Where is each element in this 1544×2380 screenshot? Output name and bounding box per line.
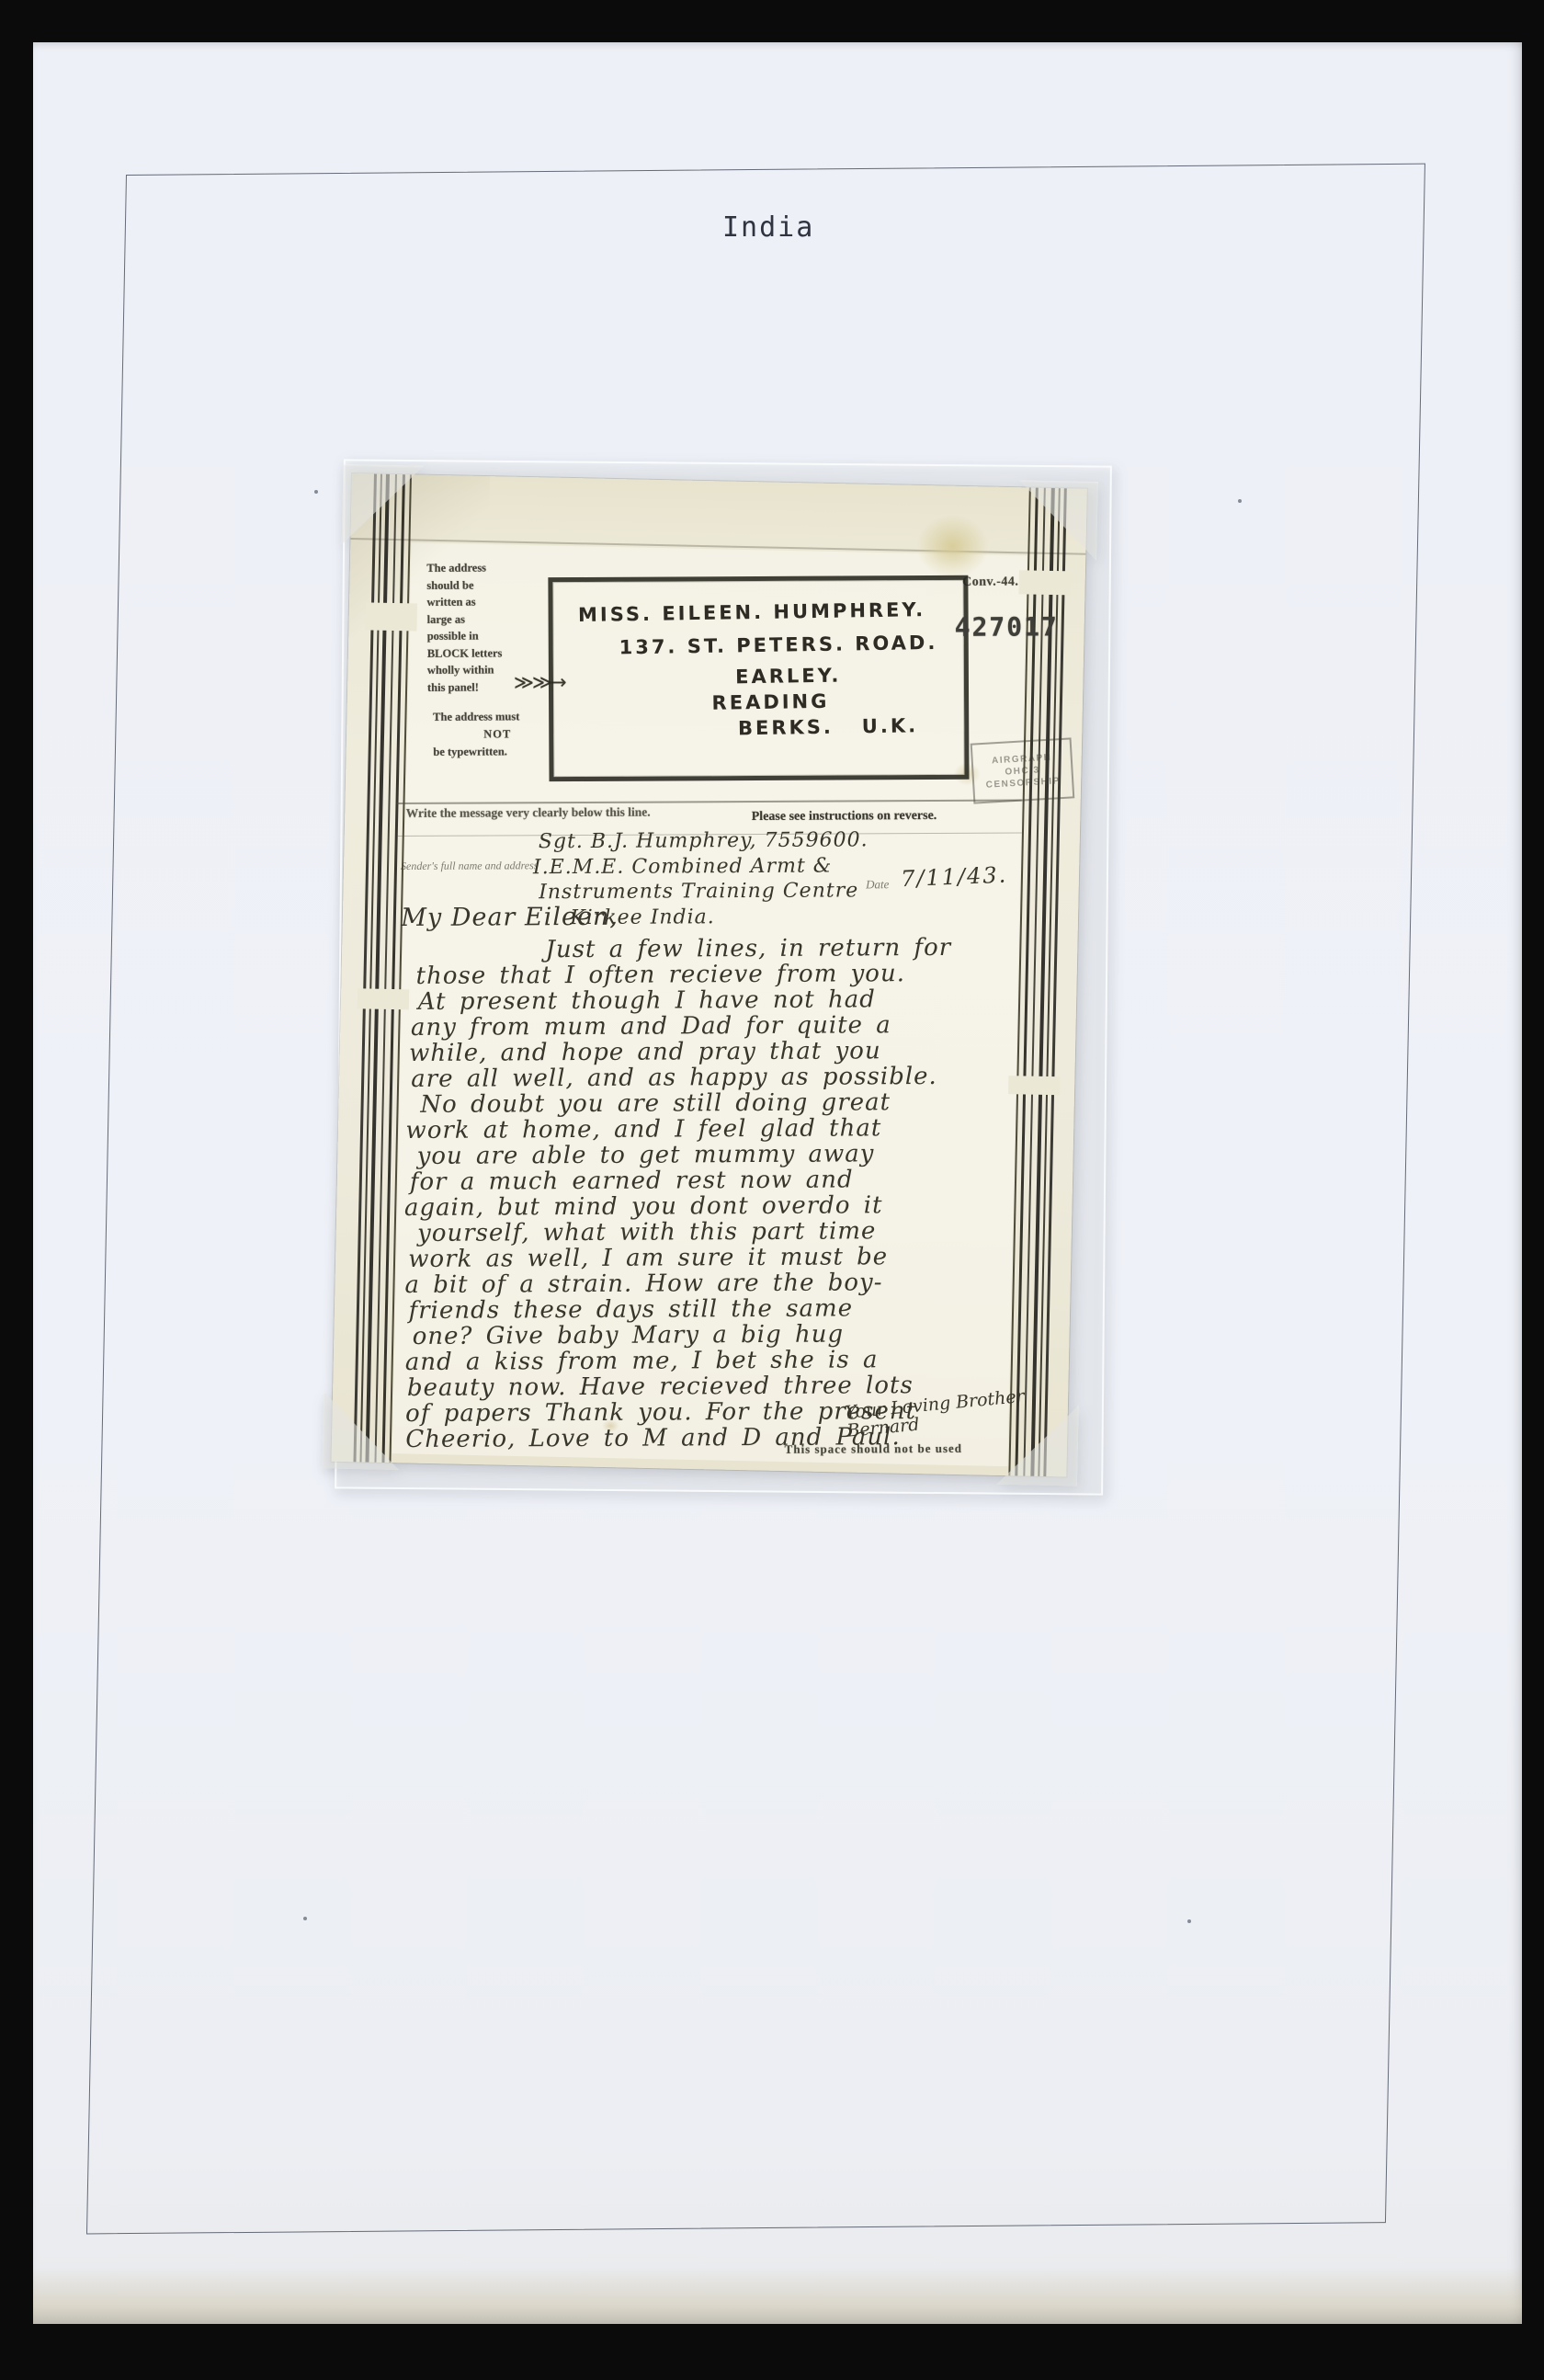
airgraph-content: The addressshould bewritten aslarge aspo…: [340, 479, 1081, 1471]
address-note: The address mustNOTbe typewritten.: [433, 708, 562, 761]
handwritten-line: friends these days still the same: [408, 1294, 1039, 1324]
handwritten-line: while, and hope and pray that you: [409, 1037, 1038, 1066]
address-line: MISS. EILEEN. HUMPHREY.: [578, 598, 963, 626]
address-note-line: The address must: [433, 708, 562, 726]
guide-dot: [314, 490, 318, 494]
handwritten-line: At present though I have not had: [418, 985, 1038, 1015]
handwritten-line: Just a few lines, in return for: [545, 934, 1037, 962]
instruction-line: should be: [426, 576, 537, 594]
censor-stamp: AIRGRAPHOHC 3CENSORSHIP: [971, 737, 1075, 803]
sender-label: Sender's full name and address: [401, 859, 539, 873]
sender-line: I.E.M.E. Combined Armt &: [533, 853, 868, 880]
instruction-line: The address: [426, 559, 537, 576]
handwritten-line: any from mum and Dad for quite a: [411, 1011, 1038, 1041]
address-line: EARLEY.: [735, 662, 964, 688]
handwritten-line: work at home, and I feel glad that: [405, 1114, 1038, 1144]
handwritten-line: again, but mind you dont overdo it: [404, 1191, 1039, 1221]
instruction-line: large as: [427, 610, 538, 628]
handwritten-line: No doubt you are still doing great: [420, 1088, 1038, 1118]
message-rule-instruction: Write the message very clearly below thi…: [406, 805, 651, 821]
address-line: READING: [711, 688, 964, 713]
airgraph-letter: The addressshould bewritten aslarge aspo…: [352, 473, 1179, 1558]
message-rule-line: [397, 799, 1022, 803]
serial-number: 427017: [955, 611, 1059, 643]
handwritten-line: work as well, I am sure it must be: [408, 1243, 1039, 1272]
scan-background: India The addressshould bewritte: [0, 0, 1544, 2380]
album-page: India The addressshould bewritte: [33, 42, 1522, 2324]
guide-dot: [303, 1917, 307, 1920]
address-note-line: be typewritten.: [433, 743, 562, 761]
address-panel: MISS. EILEEN. HUMPHREY.137. ST. PETERS. …: [548, 575, 969, 781]
date-value: 7/11/43.: [901, 862, 1008, 893]
handwritten-line: one? Give baby Mary a big hug: [413, 1320, 1039, 1349]
censor-stamp-line: CENSORSHIP: [985, 775, 1061, 791]
date-label: Date: [866, 877, 889, 892]
address-line: 137. ST. PETERS. ROAD.: [619, 631, 963, 658]
footer-note: This space should not be used: [740, 1441, 1006, 1458]
sender-line: Instruments Training Centre: [539, 878, 868, 905]
sender-line: Sgt. B.J. Humphrey, 7559600.: [539, 827, 868, 854]
handwritten-line: you are able to get mummy away: [417, 1140, 1039, 1169]
guide-dot: [1187, 1919, 1191, 1923]
instruction-line: BLOCK letters: [427, 644, 538, 662]
reverse-instruction: Please see instructions on reverse.: [752, 809, 937, 825]
airgraph-card: The addressshould bewritten aslarge aspo…: [331, 473, 1086, 1477]
address-note-line: NOT: [433, 725, 562, 744]
recipient-address: MISS. EILEEN. HUMPHREY.137. ST. PETERS. …: [552, 577, 966, 742]
page-title: India: [722, 211, 814, 244]
letter-body: Just a few lines, in return forthose tha…: [403, 934, 1039, 1452]
handwritten-line: are all well, and as happy as possible.: [411, 1063, 1038, 1092]
handwritten-line: a bit of a strain. How are the boy-: [404, 1269, 1039, 1298]
handwritten-line: yourself, what with this part time: [417, 1217, 1039, 1247]
handwritten-line: for a much earned rest now and: [410, 1166, 1039, 1195]
salutation: My Dear Eileen,: [401, 903, 619, 932]
guide-dot: [1238, 499, 1242, 503]
handwritten-line: those that I often recieve from you.: [416, 960, 1038, 989]
address-line: BERKS. U.K.: [738, 713, 965, 739]
form-number: Conv.-44.: [962, 575, 1018, 590]
handwritten-line: and a kiss from me, I bet she is a: [405, 1346, 1039, 1375]
instruction-line: possible in: [427, 627, 538, 644]
page-bottom-shadow: [33, 2267, 1522, 2324]
instruction-line: written as: [426, 593, 537, 610]
